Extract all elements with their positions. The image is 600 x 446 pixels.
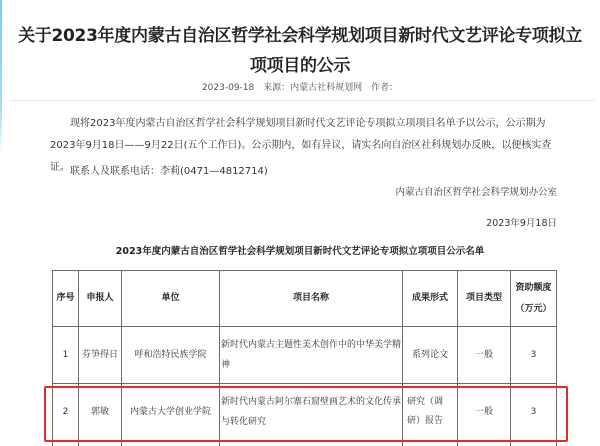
table-title: 2023年度内蒙古自治区哲学社会科学规划项目新时代文艺评论专项拟立项项目公示名单 [60,243,540,257]
cell-empty [53,441,79,446]
signature-date: 2023年9月18日 [486,215,557,229]
cell-unit: 呼和浩特民族学院 [122,327,220,384]
header-form: 成果形式 [403,271,458,327]
header-amount: 资助额度（万元） [511,271,557,327]
cell-index: 1 [53,327,79,384]
page-edge-accent [0,0,2,155]
issuing-office: 内蒙古自治区哲学社会科学规划办公室 [395,184,557,198]
contact-info: 联系人及联系电话：李莉(0471—4812714) [70,162,268,177]
cell-type: 一般 [458,384,511,441]
cell-applicant: 芬笋得日 [79,327,122,384]
cell-empty [403,441,458,446]
cell-empty [458,441,511,446]
article-source: 来源：内蒙古社科规划网 [263,83,362,93]
cell-empty [122,441,220,446]
cell-amount: 3 [511,384,557,441]
article-title: 关于2023年度内蒙古自治区哲学社会科学规划项目新时代文艺评论专项拟立项项目的公… [12,21,588,81]
table-row-next [53,441,557,446]
cell-amount: 3 [511,327,557,384]
cell-empty [79,441,122,446]
header-divider [10,100,595,101]
cell-type: 一般 [458,327,511,384]
cell-project: 新时代内蒙古阿尔寨石窟壁画艺术的文化传承与转化研究 [220,384,403,441]
article-author: 作者： [371,83,398,93]
cell-empty [220,441,403,446]
header-applicant: 申报人 [79,271,122,327]
publish-date: 2023-09-18 [202,83,254,93]
cell-unit: 内蒙古大学创业学院 [122,384,220,441]
header-unit: 单位 [122,271,220,327]
project-list-table: 序号 申报人 单位 项目名称 成果形式 项目类型 资助额度（万元） 1 芬笋得日… [52,270,557,446]
cell-project: 新时代内蒙古主题性美术创作中的中华美学精神 [220,327,403,384]
table-row: 1 芬笋得日 呼和浩特民族学院 新时代内蒙古主题性美术创作中的中华美学精神 系列… [53,327,557,384]
cell-empty [511,441,557,446]
table-header-row: 序号 申报人 单位 项目名称 成果形式 项目类型 资助额度（万元） [53,271,557,327]
cell-applicant: 郭敏 [79,384,122,441]
cell-form: 系列论文 [403,327,458,384]
header-index: 序号 [53,271,79,327]
cell-index: 2 [53,384,79,441]
header-type: 项目类型 [458,271,511,327]
table-row-highlighted: 2 郭敏 内蒙古大学创业学院 新时代内蒙古阿尔寨石窟壁画艺术的文化传承与转化研究… [53,384,557,441]
article-meta: 2023-09-18 来源：内蒙古社科规划网 作者： [150,80,450,93]
header-project: 项目名称 [220,271,403,327]
cell-form: 研究（调研）报告 [403,384,458,441]
